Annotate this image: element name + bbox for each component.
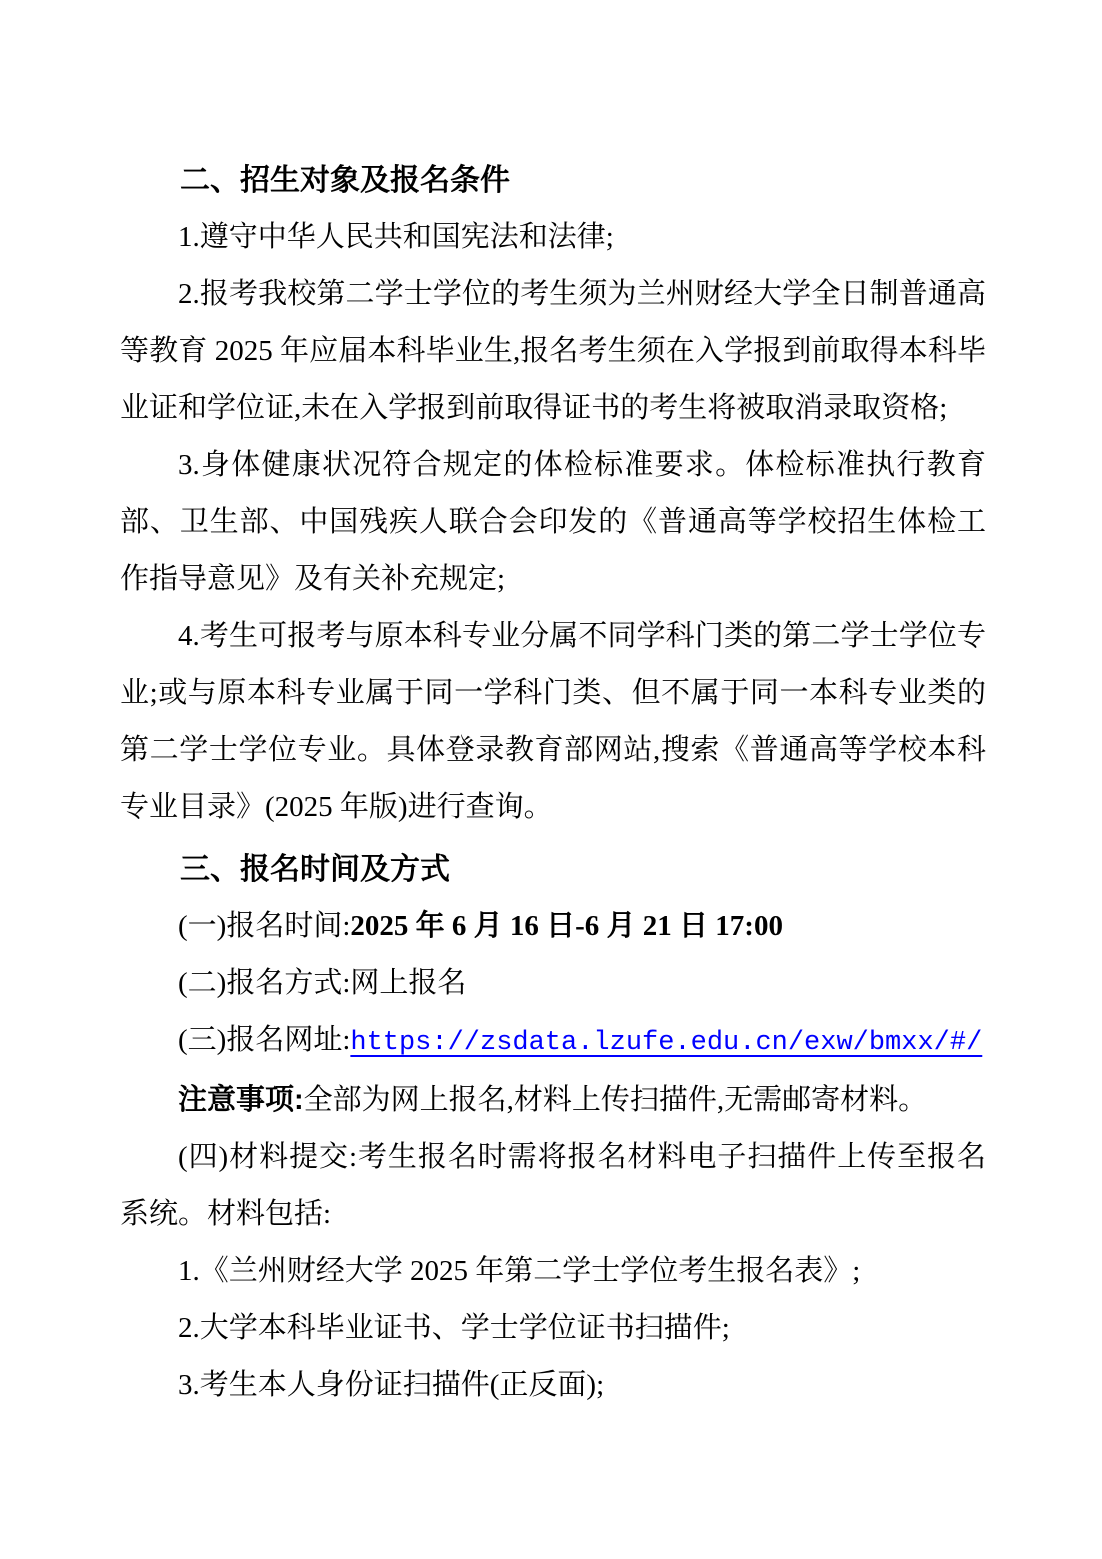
registration-method-value: 网上报名	[350, 967, 466, 999]
registration-time-row: (一)报名时间:2025 年 6 月 16 日-6 月 21 日 17:00	[120, 898, 986, 955]
notice-value: 全部为网上报名,材料上传扫描件,无需邮寄材料。	[304, 1084, 928, 1116]
document-content: 二、招生对象及报名条件 1.遵守中华人民共和国宪法和法律; 2.报考我校第二学士…	[120, 152, 986, 1414]
registration-url-label: (三)报名网址:	[178, 1024, 350, 1056]
registration-url-link[interactable]: https://zsdata.lzufe.edu.cn/exw/bmxx/#/	[350, 1028, 982, 1058]
section-heading-admission: 二、招生对象及报名条件	[120, 152, 986, 209]
registration-time-value: 2025 年 6 月 16 日-6 月 21 日 17:00	[350, 910, 783, 942]
materials-intro-paragraph: (四)材料提交:考生报名时需将报名材料电子扫描件上传至报名系统。材料包括:	[120, 1129, 986, 1243]
section-heading-registration: 三、报名时间及方式	[120, 841, 986, 898]
registration-method-row: (二)报名方式:网上报名	[120, 955, 986, 1012]
notice-label: 注意事项:	[178, 1084, 304, 1116]
material-item-2: 2.大学本科毕业证书、学士学位证书扫描件;	[120, 1300, 986, 1357]
material-item-1: 1.《兰州财经大学 2025 年第二学士学位考生报名表》;	[120, 1243, 986, 1300]
registration-url-row: (三)报名网址:https://zsdata.lzufe.edu.cn/exw/…	[120, 1012, 986, 1072]
admission-paragraph-4: 4.考生可报考与原本科专业分属不同学科门类的第二学士学位专业;或与原本科专业属于…	[120, 608, 986, 836]
admission-paragraph-1: 1.遵守中华人民共和国宪法和法律;	[120, 209, 986, 266]
registration-method-label: (二)报名方式:	[178, 967, 350, 999]
admission-paragraph-2: 2.报考我校第二学士学位的考生须为兰州财经大学全日制普通高等教育 2025 年应…	[120, 266, 986, 437]
notice-row: 注意事项:全部为网上报名,材料上传扫描件,无需邮寄材料。	[120, 1072, 986, 1129]
material-item-3: 3.考生本人身份证扫描件(正反面);	[120, 1357, 986, 1414]
admission-paragraph-3: 3.身体健康状况符合规定的体检标准要求。体检标准执行教育部、卫生部、中国残疾人联…	[120, 437, 986, 608]
registration-time-label: (一)报名时间:	[178, 910, 350, 942]
document-page: 二、招生对象及报名条件 1.遵守中华人民共和国宪法和法律; 2.报考我校第二学士…	[0, 0, 1102, 1559]
